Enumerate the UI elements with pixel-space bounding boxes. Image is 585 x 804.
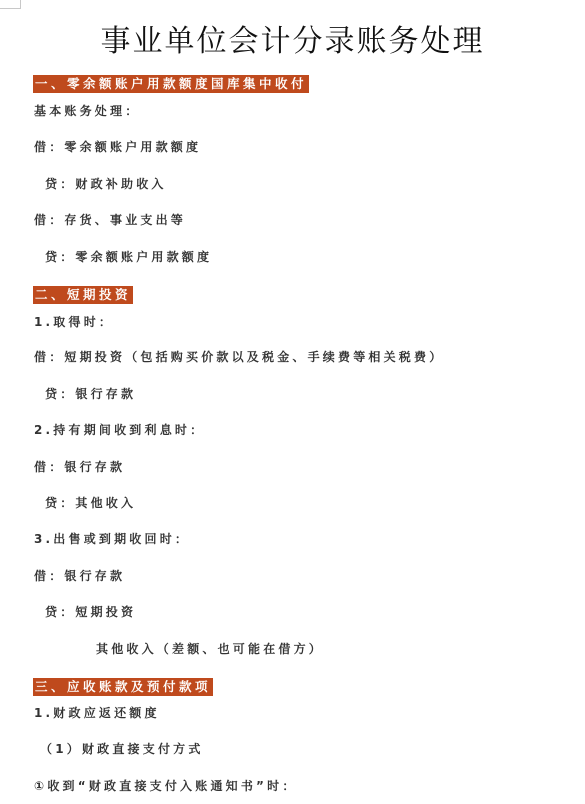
text-line: 3.出售或到期收回时： xyxy=(34,530,190,547)
page-corner-mark xyxy=(0,0,21,9)
text-line: ①收到“财政直接支付入账通知书”时： xyxy=(34,777,298,794)
credit-line: 贷：财政补助收入 xyxy=(45,175,167,192)
text-line: 1.取得时： xyxy=(34,313,114,330)
text-line: 1.财政应返还额度 xyxy=(34,704,160,721)
credit-line: 其他收入（差额、也可能在借方） xyxy=(96,640,324,657)
debit-line: 借：银行存款 xyxy=(34,567,125,584)
credit-line: 贷：银行存款 xyxy=(45,385,136,402)
section-heading-2: 二、短期投资 xyxy=(33,286,133,304)
document-title: 事业单位会计分录账务处理 xyxy=(0,16,585,60)
text-line: 基本账务处理： xyxy=(34,102,140,119)
section-heading-1: 一、零余额账户用款额度国库集中收付 xyxy=(33,75,309,93)
debit-line: 借：零余额账户用款额度 xyxy=(34,138,201,155)
section-heading-3: 三、应收账款及预付款项 xyxy=(33,678,213,696)
credit-line: 贷：短期投资 xyxy=(45,603,136,620)
text-line: （1）财政直接支付方式 xyxy=(40,740,204,757)
debit-line: 借：存货、事业支出等 xyxy=(34,211,186,228)
debit-line: 借：短期投资（包括购买价款以及税金、手续费等相关税费） xyxy=(34,348,444,365)
debit-line: 借：银行存款 xyxy=(34,458,125,475)
text-line: 2.持有期间收到利息时： xyxy=(34,421,205,438)
credit-line: 贷：零余额账户用款额度 xyxy=(45,248,212,265)
credit-line: 贷：其他收入 xyxy=(45,494,136,511)
